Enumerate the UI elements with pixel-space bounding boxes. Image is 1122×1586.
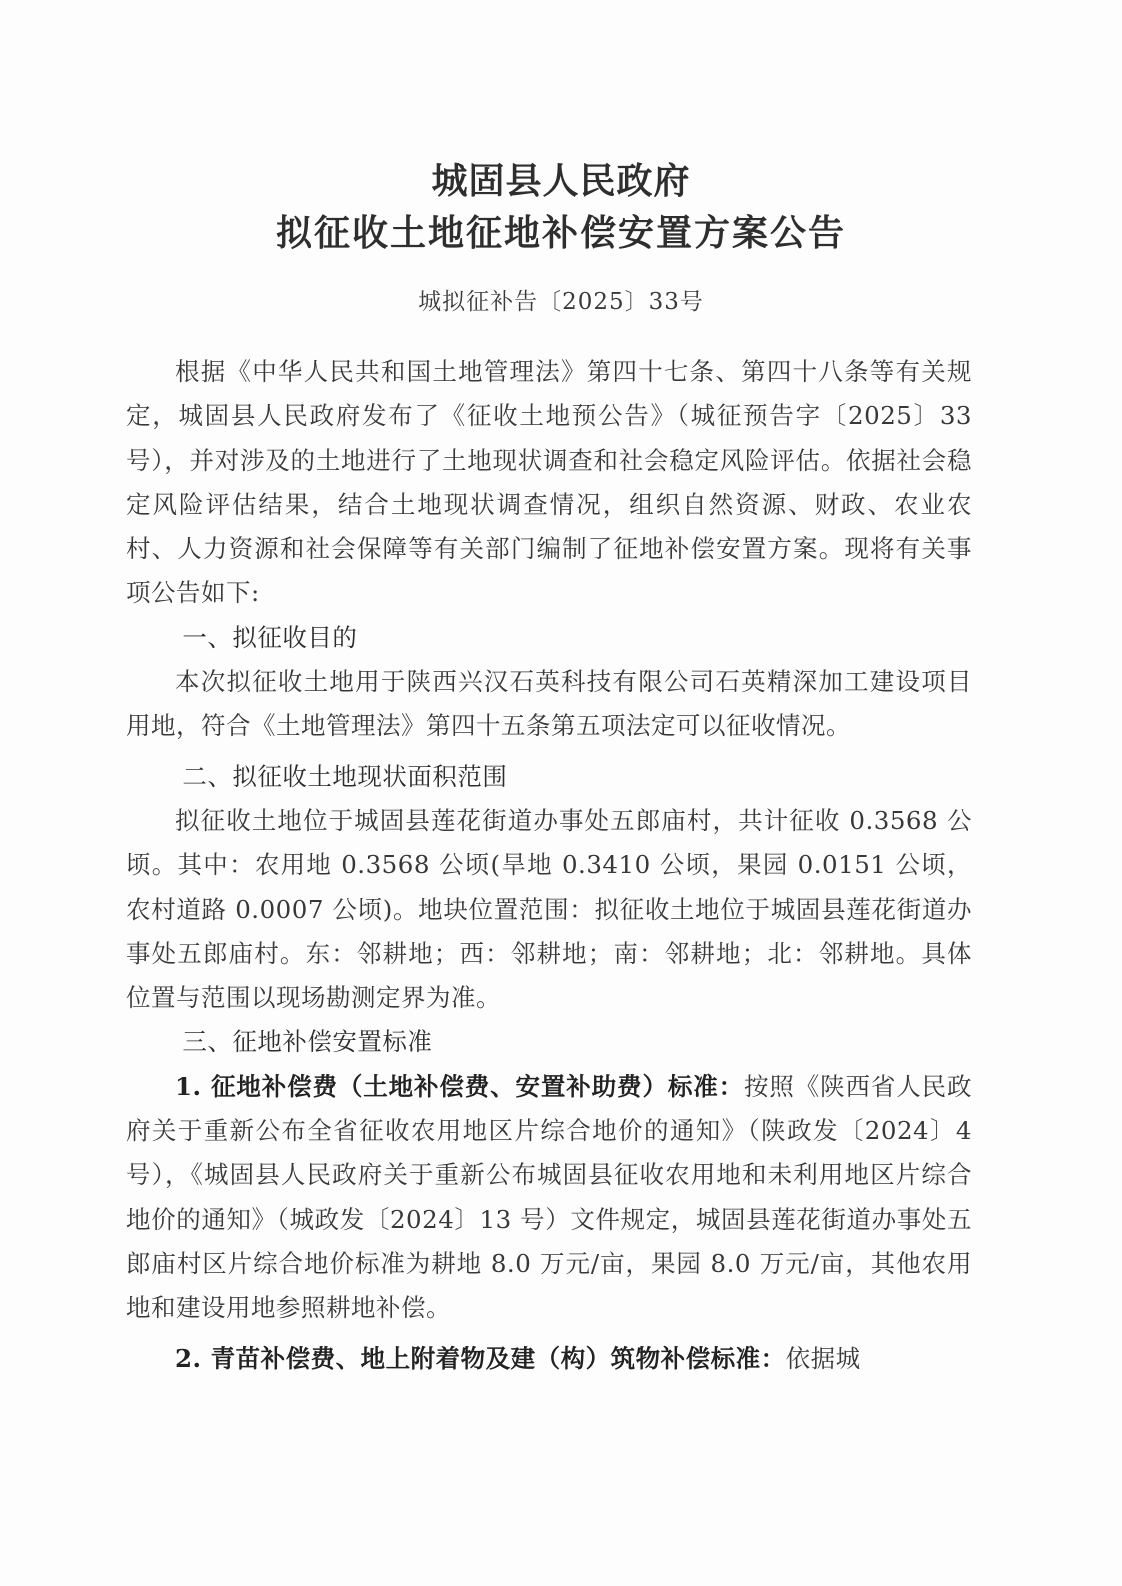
announcement-title: 拟征收土地征地补偿安置方案公告	[0, 210, 1122, 256]
issuer-title: 城固县人民政府	[0, 158, 1122, 204]
section-heading-2: 二、拟征收土地现状面积范围	[126, 755, 972, 799]
compensation-item-1-lead: 1. 征地补偿费（土地补偿费、安置补助费）标准：	[175, 1072, 744, 1101]
document-number: 城拟征补告〔2025〕33号	[0, 287, 1122, 317]
compensation-item-2-lead: 2. 青苗补偿费、地上附着物及建（构）筑物补偿标准：	[175, 1344, 786, 1373]
section-body-2: 拟征收土地位于城固县莲花街道办事处五郎庙村，共计征收 0.3568 公顷。其中：…	[126, 799, 972, 1020]
section-heading-3: 三、征地补偿安置标准	[126, 1020, 972, 1064]
compensation-item-2: 2. 青苗补偿费、地上附着物及建（构）筑物补偿标准：依据城	[126, 1337, 972, 1381]
document-page: 城固县人民政府 拟征收土地征地补偿安置方案公告 城拟征补告〔2025〕33号 根…	[0, 0, 1122, 1586]
document-body: 根据《中华人民共和国土地管理法》第四十七条、第四十八条等有关规定，城固县人民政府…	[126, 350, 972, 1381]
compensation-item-1: 1. 征地补偿费（土地补偿费、安置补助费）标准：按照《陕西省人民政府关于重新公布…	[126, 1065, 972, 1331]
compensation-item-1-body: 按照《陕西省人民政府关于重新公布全省征收农用地区片综合地价的通知》（陕政发〔20…	[126, 1072, 972, 1322]
section-heading-1: 一、拟征收目的	[126, 616, 972, 660]
compensation-item-2-body: 依据城	[786, 1344, 861, 1373]
section-body-1: 本次拟征收土地用于陕西兴汉石英科技有限公司石英精深加工建设项目用地，符合《土地管…	[126, 660, 972, 749]
intro-paragraph: 根据《中华人民共和国土地管理法》第四十七条、第四十八条等有关规定，城固县人民政府…	[126, 350, 972, 616]
